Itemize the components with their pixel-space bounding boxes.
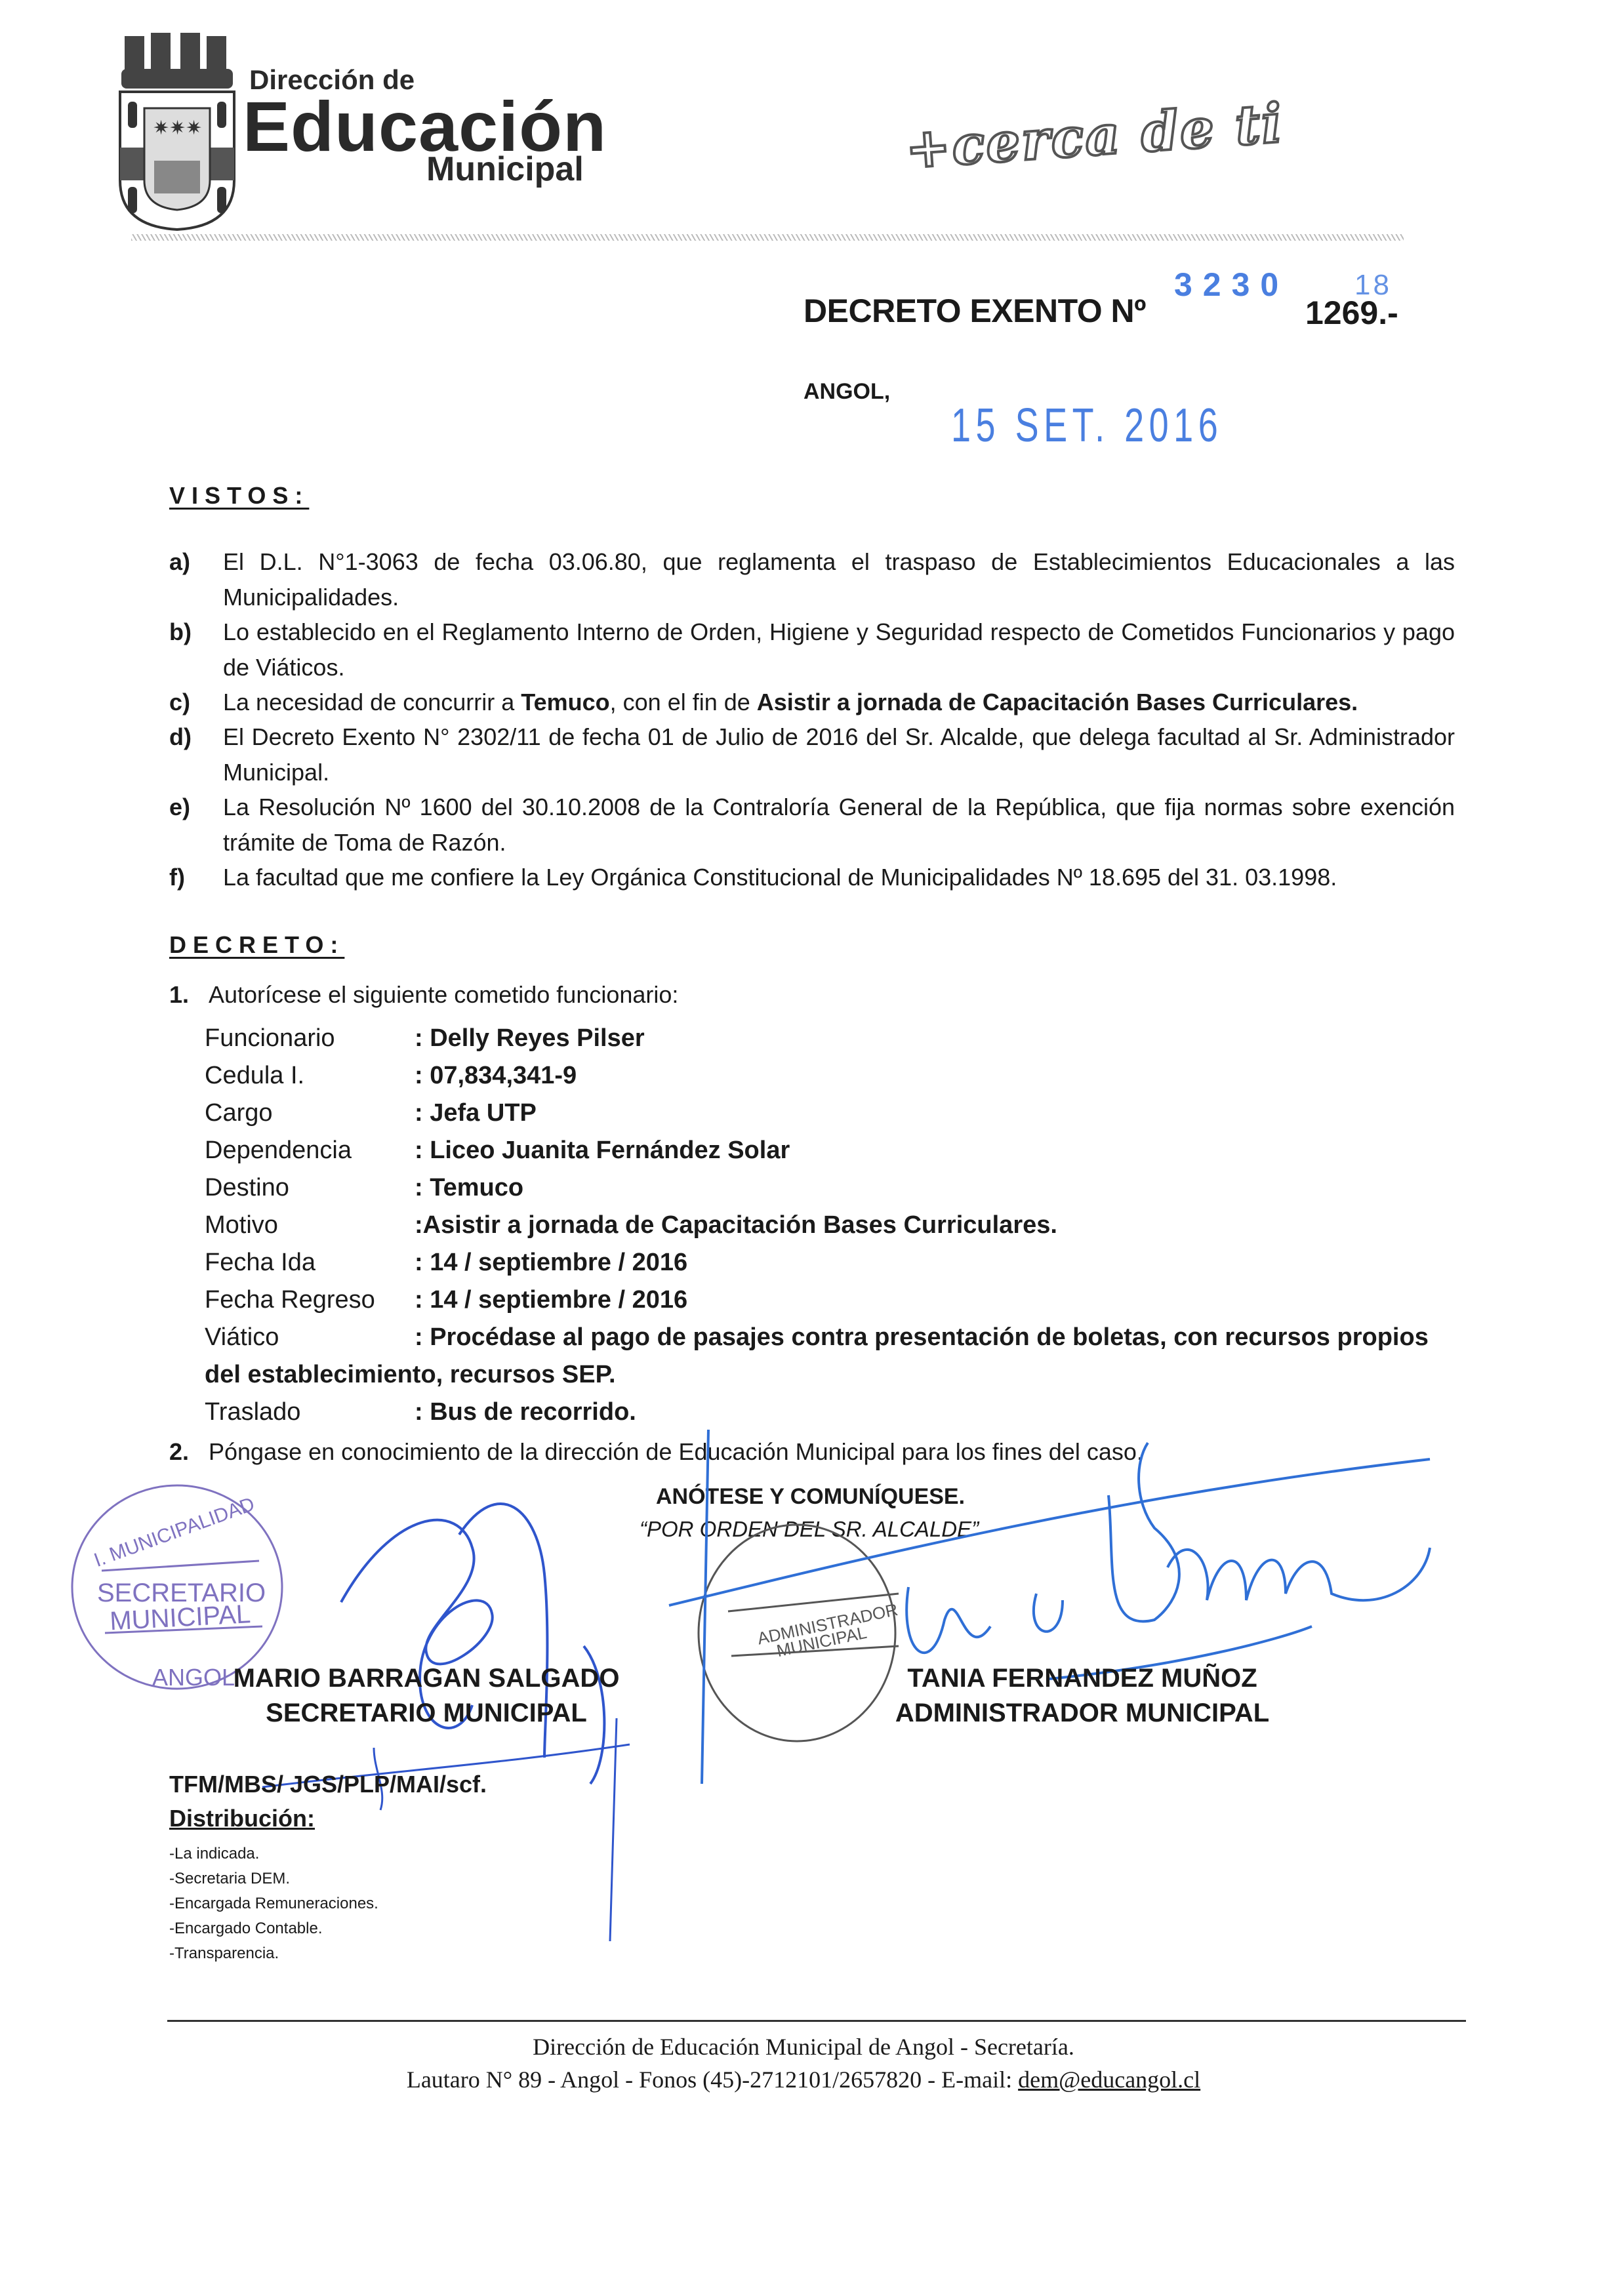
logo-line3: Municipal	[426, 150, 584, 189]
vistos-item: d) El Decreto Exento N° 2302/11 de fecha…	[169, 719, 1455, 790]
field-value: : Temuco	[415, 1174, 523, 1201]
svg-text:✷: ✷	[169, 117, 186, 139]
svg-text:SECRETARIO: SECRETARIO	[97, 1579, 266, 1607]
field-row: Traslado: Bus de recorrido.	[205, 1394, 1457, 1431]
date-stamp: 15 SET. 2016	[951, 399, 1223, 453]
field-value: : 14 / septiembre / 2016	[415, 1249, 687, 1276]
distribution-list: -La indicada. -Secretaria DEM. -Encargad…	[169, 1842, 378, 1966]
field-value: : Liceo Juanita Fernández Solar	[415, 1137, 790, 1164]
field-row: Funcionario: Delly Reyes Pilser	[205, 1020, 1457, 1057]
field-row: Fecha Ida: 14 / septiembre / 2016	[205, 1244, 1457, 1281]
distribution-item: -La indicada.	[169, 1842, 378, 1866]
signatory-1-name: MARIO BARRAGAN SALGADO	[197, 1664, 656, 1693]
field-label: Viático	[205, 1319, 415, 1356]
field-value: : 07,834,341-9	[415, 1062, 577, 1089]
item-label: a)	[169, 544, 190, 580]
svg-text:✷: ✷	[186, 117, 202, 139]
item-label: b)	[169, 614, 192, 650]
field-row: Motivo:Asistir a jornada de Capacitación…	[205, 1207, 1457, 1244]
item-label: f)	[169, 860, 185, 895]
stamp-number: 3230	[1174, 266, 1289, 304]
coat-of-arms-icon: ✷✷✷	[115, 30, 239, 233]
field-row: Fecha Regreso: 14 / septiembre / 2016	[205, 1281, 1457, 1319]
vistos-heading: VISTOS:	[169, 482, 309, 510]
field-label: Destino	[205, 1169, 415, 1207]
field-value: : Jefa UTP	[415, 1099, 537, 1127]
field-row: Dependencia: Liceo Juanita Fernández Sol…	[205, 1132, 1457, 1169]
item-text: La necesidad de concurrir a Temuco, con …	[223, 685, 1455, 720]
field-row: Cargo: Jefa UTP	[205, 1095, 1457, 1132]
item-label: d)	[169, 719, 192, 755]
svg-text:ADMINISTRADOR: ADMINISTRADOR	[756, 1600, 900, 1649]
field-value: : Delly Reyes Pilser	[415, 1024, 645, 1052]
closing-anotese: ANÓTESE Y COMUNÍQUESE.	[656, 1484, 965, 1510]
field-label: Funcionario	[205, 1020, 415, 1057]
item-label: e)	[169, 790, 190, 825]
vistos-item: b) Lo establecido en el Reglamento Inter…	[169, 614, 1455, 685]
vistos-item: e) La Resolución Nº 1600 del 30.10.2008 …	[169, 790, 1455, 860]
distribution-item: -Encargado Contable.	[169, 1916, 378, 1941]
field-row: del establecimiento, recursos SEP.	[205, 1356, 1457, 1394]
vistos-item: f) La facultad que me confiere la Ley Or…	[169, 860, 1455, 895]
svg-text:MUNICIPAL: MUNICIPAL	[775, 1622, 868, 1661]
field-label: Dependencia	[205, 1132, 415, 1169]
svg-text:I. MUNICIPALIDAD: I. MUNICIPALIDAD	[91, 1493, 258, 1571]
item-text: La facultad que me confiere la Ley Orgán…	[223, 860, 1455, 895]
item-text: El Decreto Exento N° 2302/11 de fecha 01…	[223, 719, 1455, 790]
field-label: Fecha Ida	[205, 1244, 415, 1281]
field-value: : Bus de recorrido.	[415, 1398, 636, 1426]
distribution-item: -Encargada Remuneraciones.	[169, 1891, 378, 1916]
field-label: Cedula I.	[205, 1057, 415, 1095]
field-label: Traslado	[205, 1394, 415, 1431]
reference-initials: TFM/MBS/ JGS/PLP/MAI/scf.	[169, 1771, 487, 1798]
slogan: +cerca de ti	[903, 92, 1285, 181]
signatory-1-title: SECRETARIO MUNICIPAL	[197, 1699, 656, 1728]
decreto-heading: DECRETO:	[169, 931, 344, 959]
city-label: ANGOL,	[803, 379, 890, 405]
footer-divider	[167, 2020, 1466, 2022]
footer-line-2: Lautaro N° 89 - Angol - Fonos (45)-27121…	[0, 2066, 1607, 2093]
signatory-2-name: TANIA FERNANDEZ MUÑOZ	[853, 1664, 1312, 1693]
signatory-2-title: ADMINISTRADOR MUNICIPAL	[853, 1699, 1312, 1728]
distribution-item: -Secretaria DEM.	[169, 1866, 378, 1891]
distribution-item: -Transparencia.	[169, 1941, 378, 1966]
field-row: Destino: Temuco	[205, 1169, 1457, 1207]
seal-secretario-icon	[72, 1485, 282, 1689]
field-label: Cargo	[205, 1095, 415, 1132]
field-label: Motivo	[205, 1207, 415, 1244]
footer-line-1: Dirección de Educación Municipal de Ango…	[0, 2033, 1607, 2061]
field-value: : Procédase al pago de pasajes contra pr…	[415, 1323, 1429, 1351]
field-row: Cedula I.: 07,834,341-9	[205, 1057, 1457, 1095]
decreto-point-1: 1. Autorícese el siguiente cometido func…	[169, 977, 1455, 1013]
item-text: Lo establecido en el Reglamento Interno …	[223, 614, 1455, 685]
header-divider	[131, 234, 1404, 241]
closing-por-orden: “POR ORDEN DEL SR. ALCALDE”	[640, 1517, 979, 1542]
decree-title: DECRETO EXENTO Nº	[803, 292, 1146, 330]
distribution-heading: Distribución:	[169, 1805, 315, 1832]
item-label: c)	[169, 685, 190, 720]
field-value: del establecimiento, recursos SEP.	[205, 1361, 616, 1388]
field-value: : 14 / septiembre / 2016	[415, 1286, 687, 1314]
field-label: Fecha Regreso	[205, 1281, 415, 1319]
decreto-point-2: 2. Póngase en conocimiento de la direcci…	[169, 1434, 1455, 1470]
vistos-item: a) El D.L. N°1-3063 de fecha 03.06.80, q…	[169, 544, 1455, 615]
footer-email-link[interactable]: dem@educangol.cl	[1018, 2066, 1200, 2093]
item-text: La Resolución Nº 1600 del 30.10.2008 de …	[223, 790, 1455, 860]
svg-text:MUNICIPAL: MUNICIPAL	[109, 1600, 251, 1636]
vistos-item: c) La necesidad de concurrir a Temuco, c…	[169, 685, 1455, 720]
field-row: Viático: Procédase al pago de pasajes co…	[205, 1319, 1457, 1356]
field-value: :Asistir a jornada de Capacitación Bases…	[415, 1211, 1057, 1239]
decree-number: 1269.-	[1305, 294, 1398, 332]
item-text: El D.L. N°1-3063 de fecha 03.06.80, que …	[223, 544, 1455, 615]
svg-text:✷: ✷	[153, 117, 169, 139]
